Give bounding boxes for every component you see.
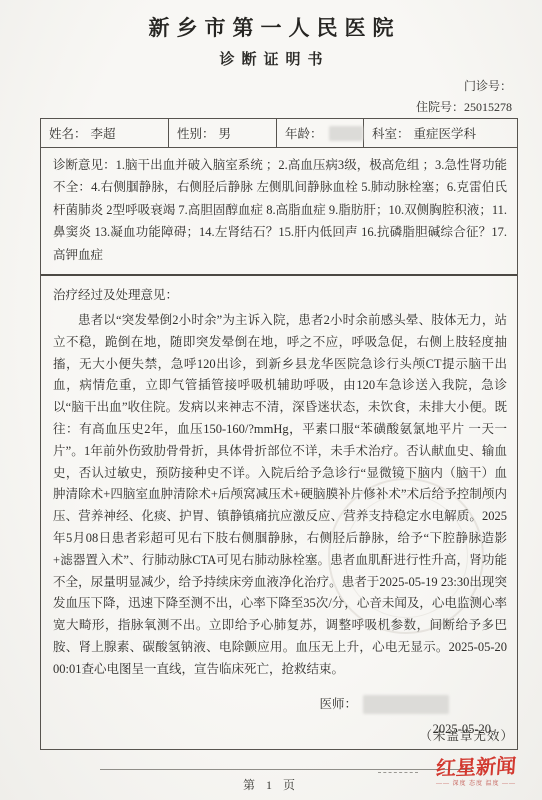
no-stamp-invalid-note: （未盖章无效） xyxy=(419,726,514,744)
patient-name-value: 李超 xyxy=(91,124,116,142)
patient-age-label: 年龄： xyxy=(285,124,323,142)
record-numbers: 门诊号： 住院号：25015278 xyxy=(416,76,512,118)
patient-gender-cell: 性别： 男 xyxy=(169,119,277,147)
diagnosis-certificate-page: 新乡市第一人民医院 诊断证明书 门诊号： 住院号：25015278 姓名： 李超… xyxy=(0,0,542,800)
admission-number-value: 25015278 xyxy=(464,100,512,114)
patient-department-value: 重症医学科 xyxy=(414,124,477,142)
certificate-table: 姓名： 李超 性别： 男 年龄： 科室： 重症医学科 诊断意见：1.脑干出血并破… xyxy=(40,118,518,750)
red-star-news-tagline: 深度 态度 温度 xyxy=(416,781,536,787)
hospital-name: 新乡市第一人民医院 xyxy=(0,12,542,42)
physician-name-redaction-blur xyxy=(363,695,449,714)
treatment-section: 治疗经过及处理意见： 患者以“突发晕倒2小时余”为主诉入院，患者2小时余前感头晕… xyxy=(41,274,517,749)
treatment-label: 治疗经过及处理意见： xyxy=(53,284,507,306)
diagnosis-text: 1.脑干出血并破入脑室系统 ；2.高血压病3级，极高危组 ；3.急性肾功能不全：… xyxy=(53,158,507,262)
document-title: 诊断证明书 xyxy=(0,48,542,69)
outpatient-number-label: 门诊号： xyxy=(464,79,512,93)
admission-number-label: 住院号： xyxy=(416,100,464,114)
diagnosis-section: 诊断意见：1.脑干出血并破入脑室系统 ；2.高血压病3级，极高危组 ；3.急性肾… xyxy=(41,147,517,274)
red-star-news-logo: 红星新闻 xyxy=(435,757,517,780)
patient-info-row: 姓名： 李超 性别： 男 年龄： 科室： 重症医学科 xyxy=(41,119,517,147)
physician-label: 医师： xyxy=(319,697,357,711)
diagnosis-label: 诊断意见： xyxy=(53,158,116,172)
patient-department-label: 科室： xyxy=(372,124,410,142)
treatment-text: 患者以“突发晕倒2小时余”为主诉入院，患者2小时余前感头晕、肢体无力，站立不稳，… xyxy=(53,310,507,681)
patient-department-cell: 科室： 重症医学科 xyxy=(364,119,517,147)
patient-age-cell: 年龄： xyxy=(277,119,364,147)
news-watermark: 红星新闻 深度 态度 温度 xyxy=(416,758,536,787)
patient-gender-label: 性别： xyxy=(177,124,215,142)
admission-number: 住院号：25015278 xyxy=(416,97,512,118)
outpatient-number: 门诊号： xyxy=(416,76,512,97)
patient-name-cell: 姓名： 李超 xyxy=(41,119,169,147)
physician-line: 医师： xyxy=(53,693,507,715)
patient-name-label: 姓名： xyxy=(49,124,87,142)
patient-gender-value: 男 xyxy=(219,124,232,142)
age-redaction-blur xyxy=(329,126,363,141)
watermark-dash xyxy=(378,772,418,773)
